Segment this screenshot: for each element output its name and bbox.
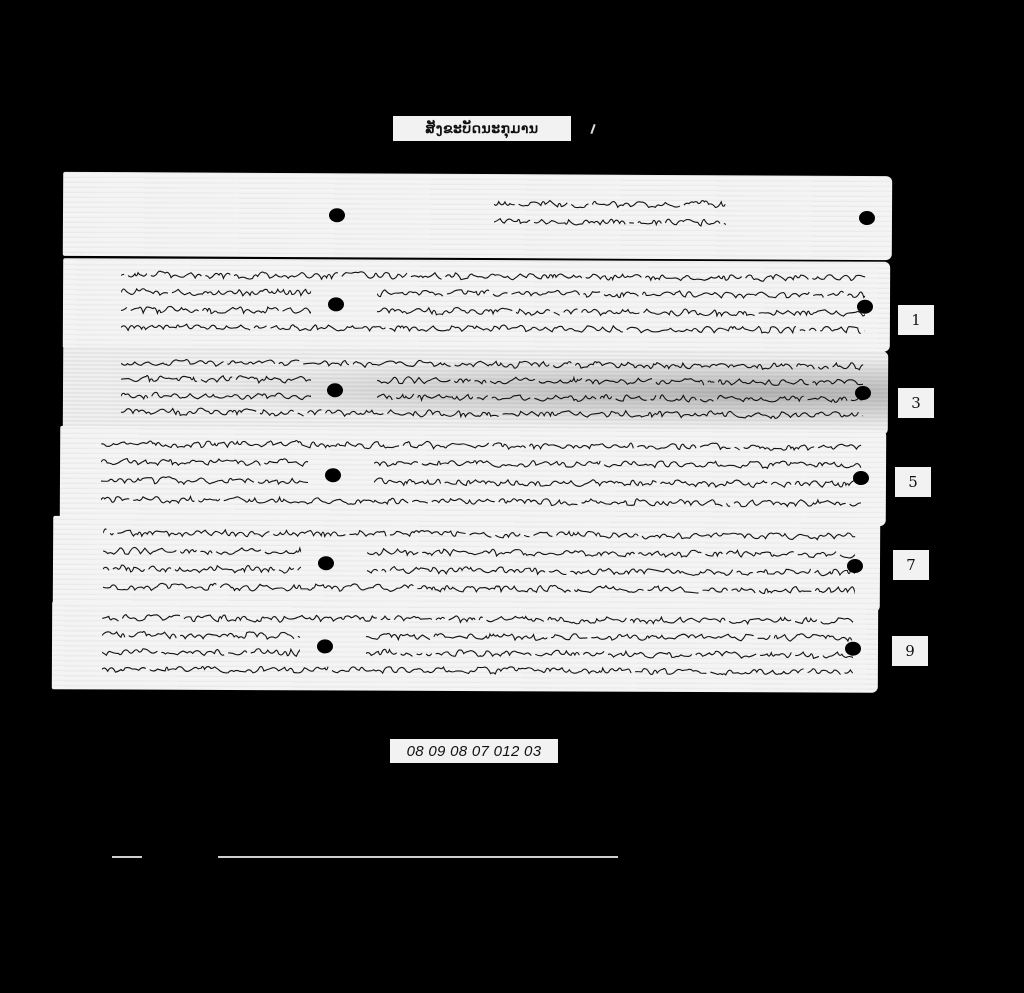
page-number-label: 7 <box>893 550 929 580</box>
scan-edge-strip <box>112 856 142 858</box>
stray-mark <box>590 124 595 134</box>
script-line <box>494 216 726 227</box>
reference-number-label: 08 09 08 07 012 03 <box>390 739 558 763</box>
script-line <box>101 456 308 467</box>
manuscript-title-label: ສັງຂະບັດນະກຸມານ <box>393 116 571 141</box>
scan-edge-strip <box>218 856 618 858</box>
binding-hole <box>317 639 333 653</box>
leaf-texture <box>63 172 892 260</box>
script-line <box>103 545 302 556</box>
script-line <box>366 647 853 659</box>
script-line <box>121 390 311 401</box>
script-line <box>121 374 311 385</box>
page-number-label: 9 <box>892 636 928 666</box>
script-line <box>103 563 302 574</box>
page-number-label: 1 <box>898 305 934 335</box>
binding-hole <box>328 297 344 311</box>
script-line <box>121 304 311 315</box>
script-line <box>366 630 853 642</box>
palm-leaf-leaf-5 <box>60 426 886 526</box>
script-line <box>102 629 300 640</box>
binding-hole <box>325 468 341 482</box>
script-line <box>494 198 726 209</box>
page-number-label: 3 <box>898 388 934 418</box>
page-number-label: 5 <box>895 467 931 497</box>
script-line <box>377 288 865 300</box>
palm-leaf-cover <box>63 172 892 260</box>
script-line <box>377 305 865 317</box>
palm-leaf-leaf-7 <box>53 516 880 612</box>
palm-leaf-leaf-9 <box>52 601 878 693</box>
script-line <box>101 475 308 486</box>
binding-hole <box>329 208 345 222</box>
palm-leaf-leaf-3 <box>63 347 888 435</box>
palm-leaf-leaf-1 <box>63 258 890 352</box>
script-line <box>102 646 300 657</box>
script-line <box>121 287 311 298</box>
binding-hole <box>318 556 334 570</box>
